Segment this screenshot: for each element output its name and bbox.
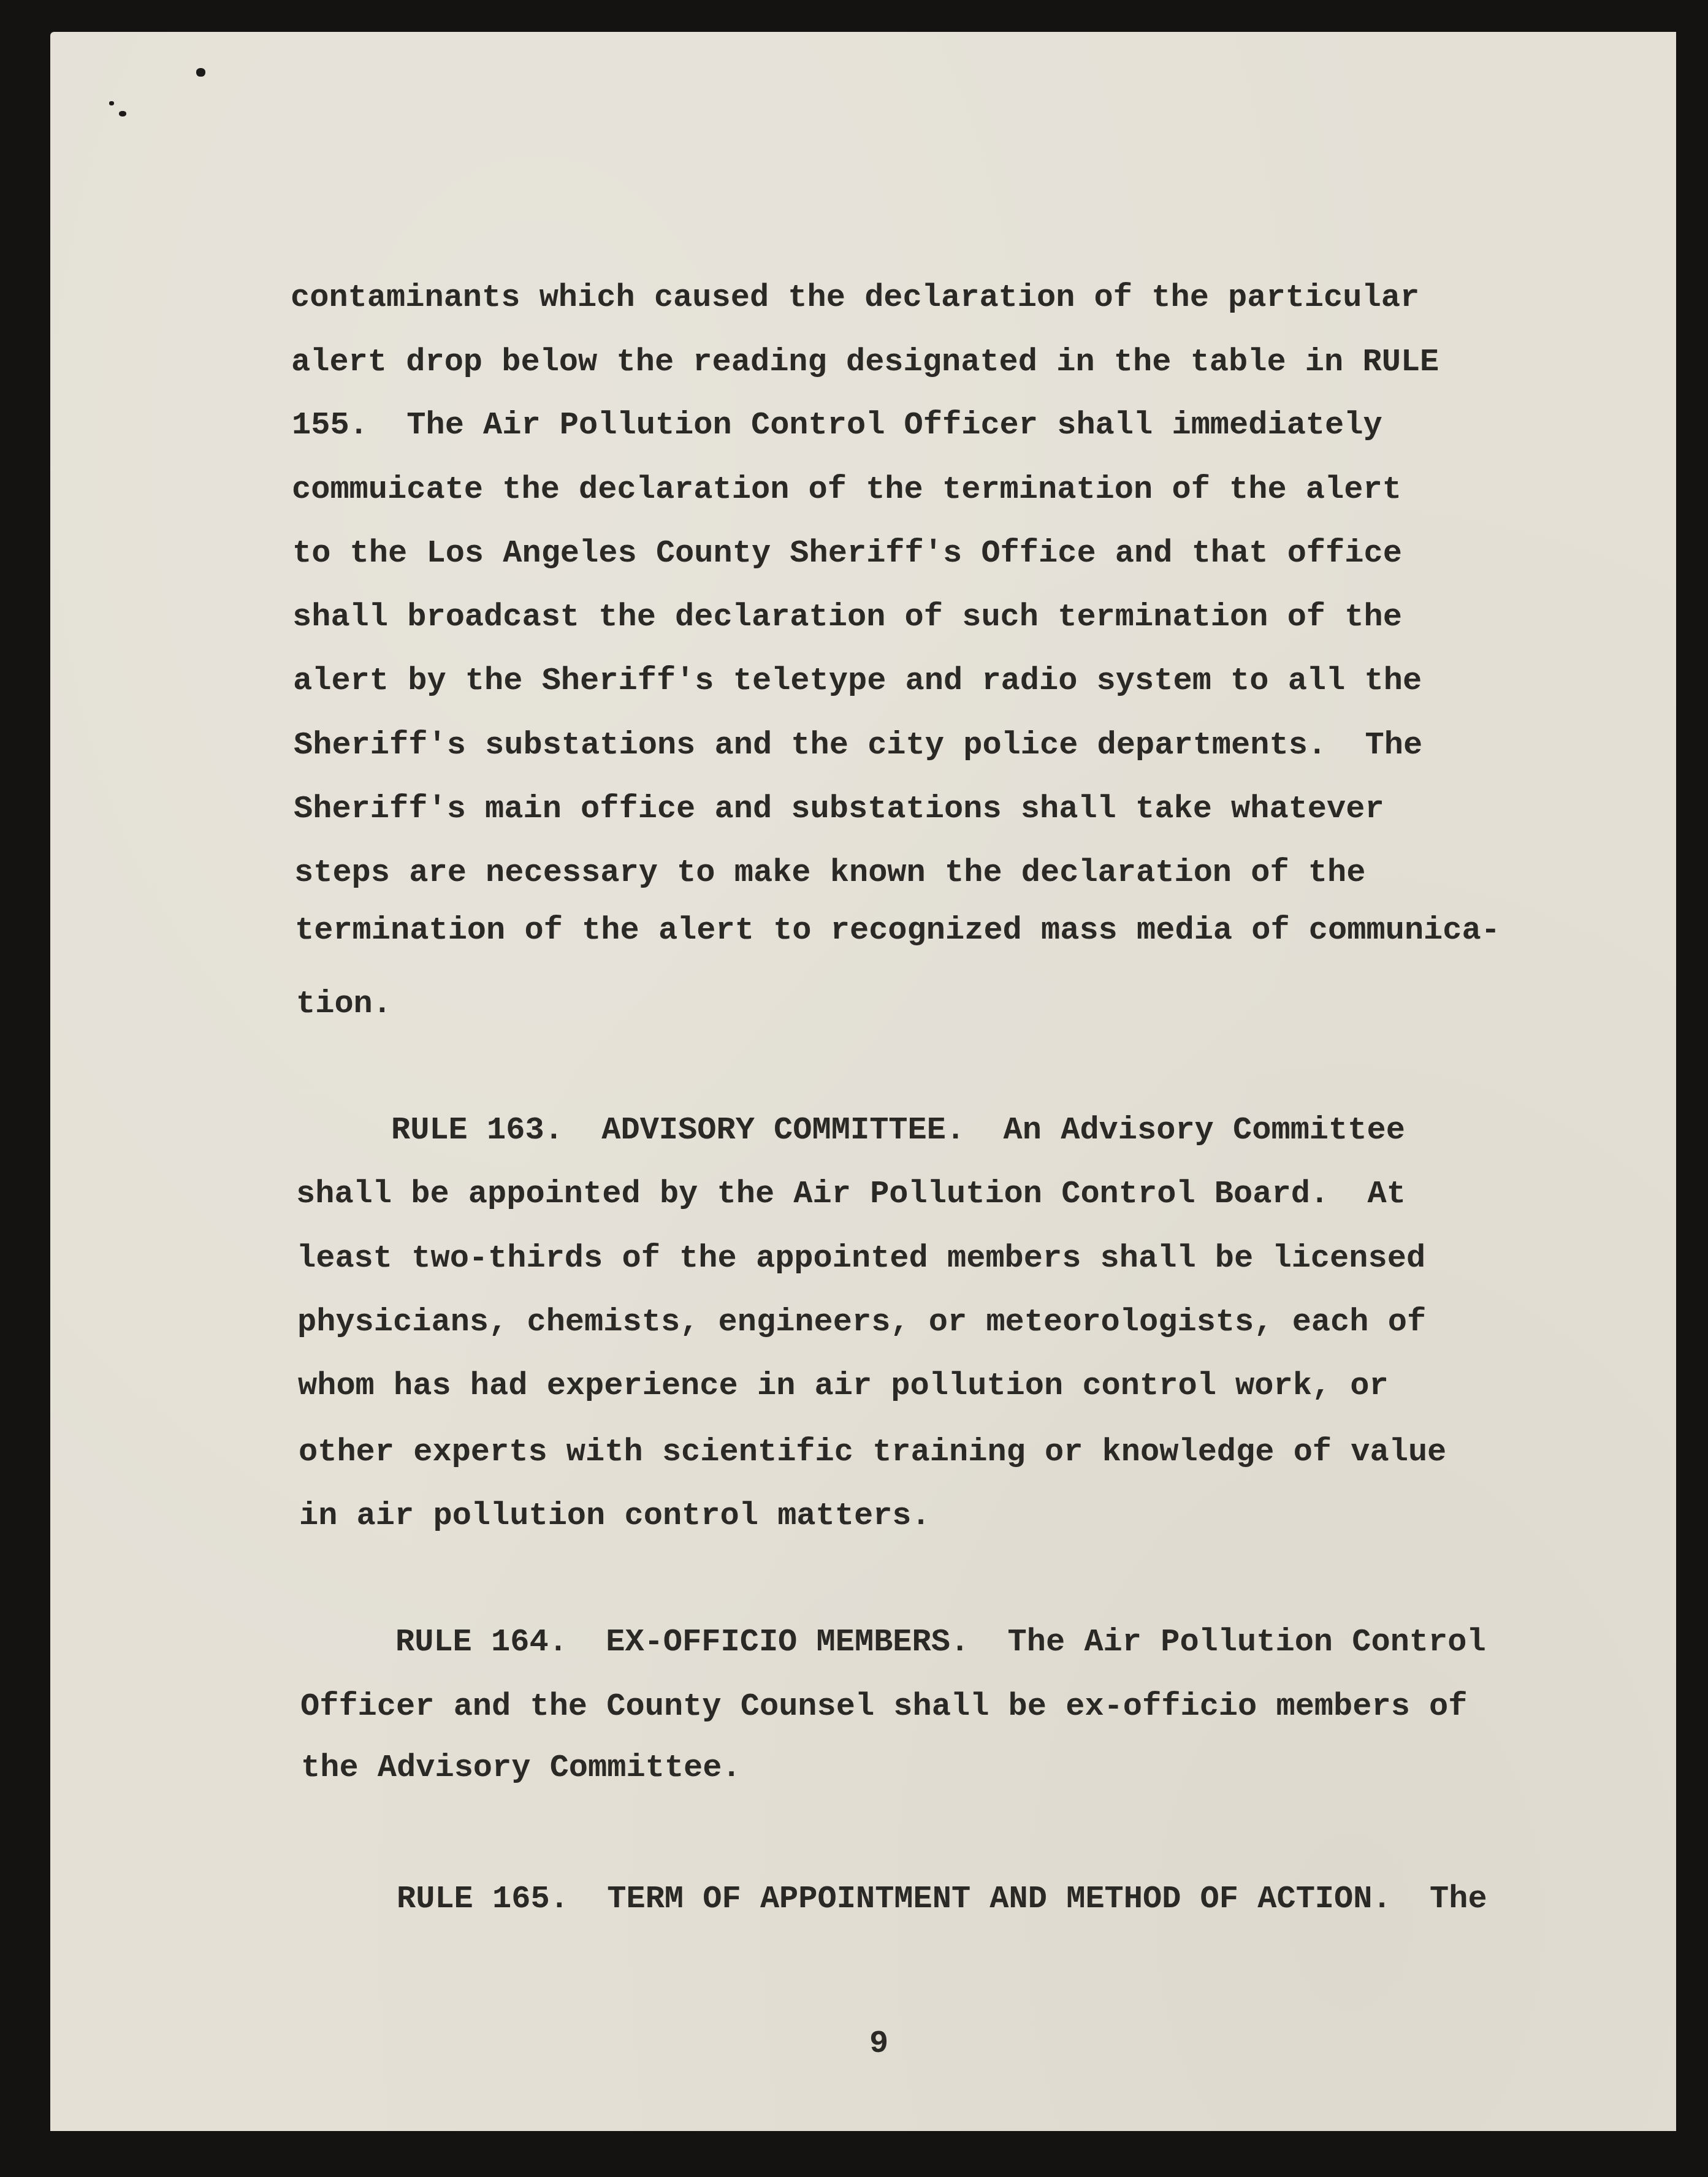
text-line: Sheriff's substations and the city polic… [294, 730, 1422, 761]
text-line: shall broadcast the declaration of such … [292, 601, 1402, 633]
text-line: commuicate the declaration of the termin… [292, 474, 1401, 506]
text-line: termination of the alert to recognized m… [295, 915, 1500, 947]
text-line: physicians, chemists, engineers, or mete… [297, 1306, 1426, 1338]
text-line: Sheriff's main office and substations sh… [294, 793, 1384, 825]
page-number: 9 [869, 2028, 888, 2060]
text-line: alert drop below the reading designated … [291, 346, 1439, 378]
ink-speck [119, 111, 126, 116]
text-line: shall be appointed by the Air Pollution … [296, 1178, 1406, 1210]
text-line: steps are necessary to make known the de… [294, 857, 1365, 889]
text-line: 155. The Air Pollution Control Officer s… [292, 410, 1382, 441]
ink-speck [109, 101, 114, 105]
text-line: alert by the Sheriff's teletype and radi… [293, 665, 1422, 697]
text-line: to the Los Angeles County Sheriff's Offi… [292, 538, 1402, 570]
rule-heading-line: RULE 165. TERM OF APPOINTMENT AND METHOD… [397, 1883, 1487, 1915]
text-line: tion. [296, 988, 392, 1020]
ink-speck [196, 68, 205, 77]
rule-heading-line: RULE 163. ADVISORY COMMITTEE. An Advisor… [391, 1115, 1405, 1146]
text-line: whom has had experience in air pollution… [298, 1370, 1389, 1402]
text-line: other experts with scientific training o… [299, 1436, 1446, 1468]
text-line: least two-thirds of the appointed member… [297, 1243, 1425, 1275]
text-line: contaminants which caused the declaratio… [291, 282, 1419, 314]
text-line: in air pollution control matters. [299, 1500, 931, 1532]
text-line: the Advisory Committee. [301, 1752, 741, 1784]
text-line: Officer and the County Counsel shall be … [300, 1691, 1468, 1723]
rule-heading-line: RULE 164. EX-OFFICIO MEMBERS. The Air Po… [395, 1626, 1486, 1658]
